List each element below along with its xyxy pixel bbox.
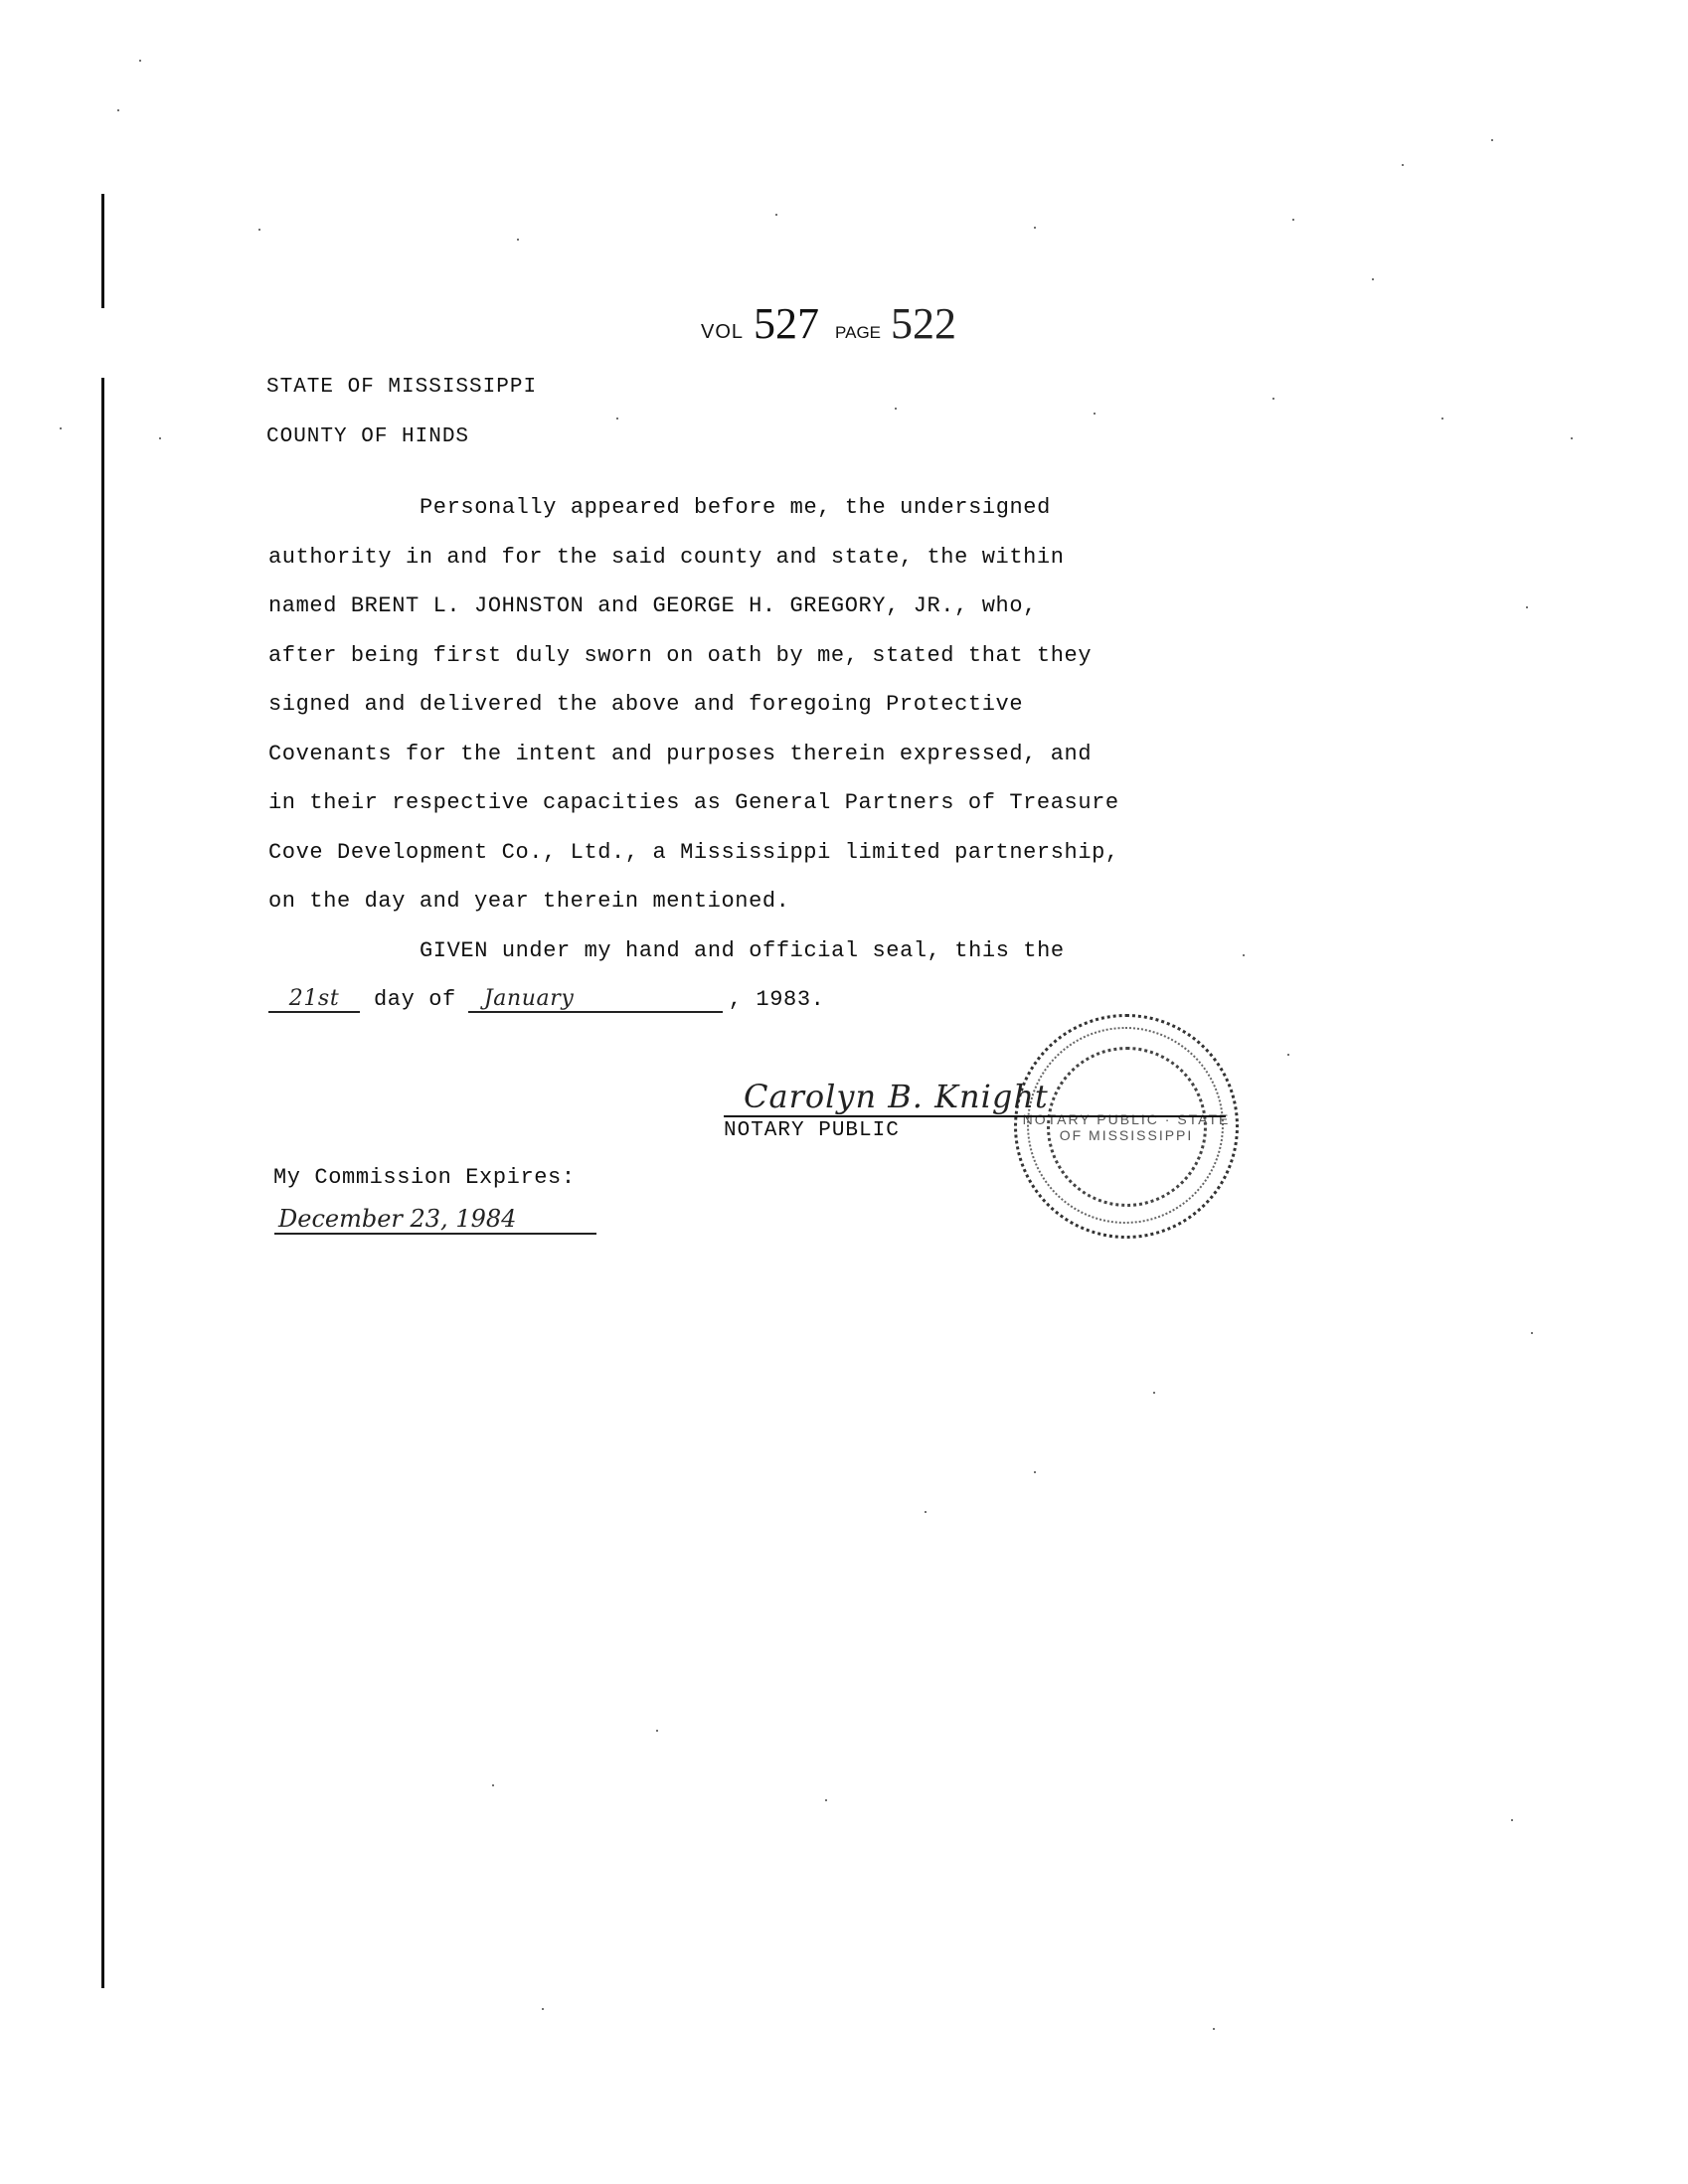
commission-label: My Commission Expires: (273, 1165, 576, 1190)
scan-speck (258, 229, 260, 231)
page-label: PAGE (835, 323, 881, 343)
scan-speck (1272, 398, 1274, 400)
scan-speck (1034, 227, 1036, 229)
scan-speck (775, 214, 777, 216)
scan-speck (1292, 219, 1294, 221)
paragraph-line: in their respective capacities as Genera… (268, 778, 1203, 828)
handwritten-month: January (468, 986, 723, 1013)
scan-speck (1243, 954, 1245, 956)
scan-speck (1287, 1054, 1289, 1056)
scan-speck (117, 109, 119, 111)
scan-speck (517, 239, 519, 241)
scan-speck (616, 418, 618, 420)
scan-speck (139, 60, 141, 62)
scan-speck (825, 1799, 827, 1801)
scan-speck (1526, 606, 1528, 608)
paragraph-line: authority in and for the said county and… (268, 533, 1203, 583)
paragraph-line: Personally appeared before me, the under… (268, 483, 1203, 533)
scan-speck (492, 1784, 494, 1786)
commission-expiry-date: December 23, 1984 (274, 1205, 596, 1235)
page-number: 522 (891, 298, 956, 349)
notary-signature: Carolyn B. Knight (744, 1078, 1049, 1115)
notary-title: NOTARY PUBLIC (724, 1119, 1226, 1142)
paragraph-line: named BRENT L. JOHNSTON and GEORGE H. GR… (268, 582, 1203, 631)
scan-speck (60, 427, 62, 429)
paragraph-line: after being first duly sworn on oath by … (268, 631, 1203, 681)
scan-speck (656, 1730, 658, 1732)
recording-stamp: VOL 527 PAGE 522 (701, 298, 956, 349)
left-margin-rule (101, 194, 104, 308)
vol-label: VOL (701, 321, 744, 344)
scanned-document-page: VOL 527 PAGE 522 STATE OF MISSISSIPPI CO… (0, 0, 1688, 2184)
scan-speck (1372, 278, 1374, 280)
scan-speck (1511, 1819, 1513, 1821)
paragraph-line: on the day and year therein mentioned. (268, 877, 1203, 926)
paragraph-line: Cove Development Co., Ltd., a Mississipp… (268, 828, 1203, 878)
year-text: , 1983. (729, 987, 825, 1012)
scan-speck (1531, 1332, 1533, 1334)
paragraph-line: Covenants for the intent and purposes th… (268, 730, 1203, 779)
scan-speck (895, 408, 897, 410)
scan-speck (1034, 1471, 1036, 1473)
given-line: GIVEN under my hand and official seal, t… (268, 926, 1203, 976)
scan-speck (1213, 2028, 1215, 2030)
handwritten-day: 21st (268, 986, 360, 1013)
scan-speck (1491, 139, 1493, 141)
scan-speck (1571, 437, 1573, 439)
notary-signature-block: Carolyn B. Knight NOTARY PUBLIC (724, 1076, 1226, 1142)
scan-speck (159, 437, 161, 439)
scan-speck (1402, 164, 1404, 166)
venue-state: STATE OF MISSISSIPPI (266, 376, 537, 399)
acknowledgment-paragraph: Personally appeared before me, the under… (268, 483, 1203, 975)
paragraph-line: signed and delivered the above and foreg… (268, 680, 1203, 730)
scan-speck (1441, 418, 1443, 420)
scan-speck (1094, 413, 1096, 415)
left-margin-rule (101, 378, 104, 1988)
day-of-label: day of (374, 987, 456, 1012)
signature-line: Carolyn B. Knight (724, 1076, 1226, 1117)
scan-speck (1153, 1392, 1155, 1394)
scan-speck (542, 2008, 544, 2010)
venue-county: COUNTY OF HINDS (266, 425, 469, 448)
scan-speck (925, 1511, 927, 1513)
vol-number: 527 (754, 298, 819, 349)
execution-date-line: 21st day of January , 1983. (268, 986, 824, 1013)
